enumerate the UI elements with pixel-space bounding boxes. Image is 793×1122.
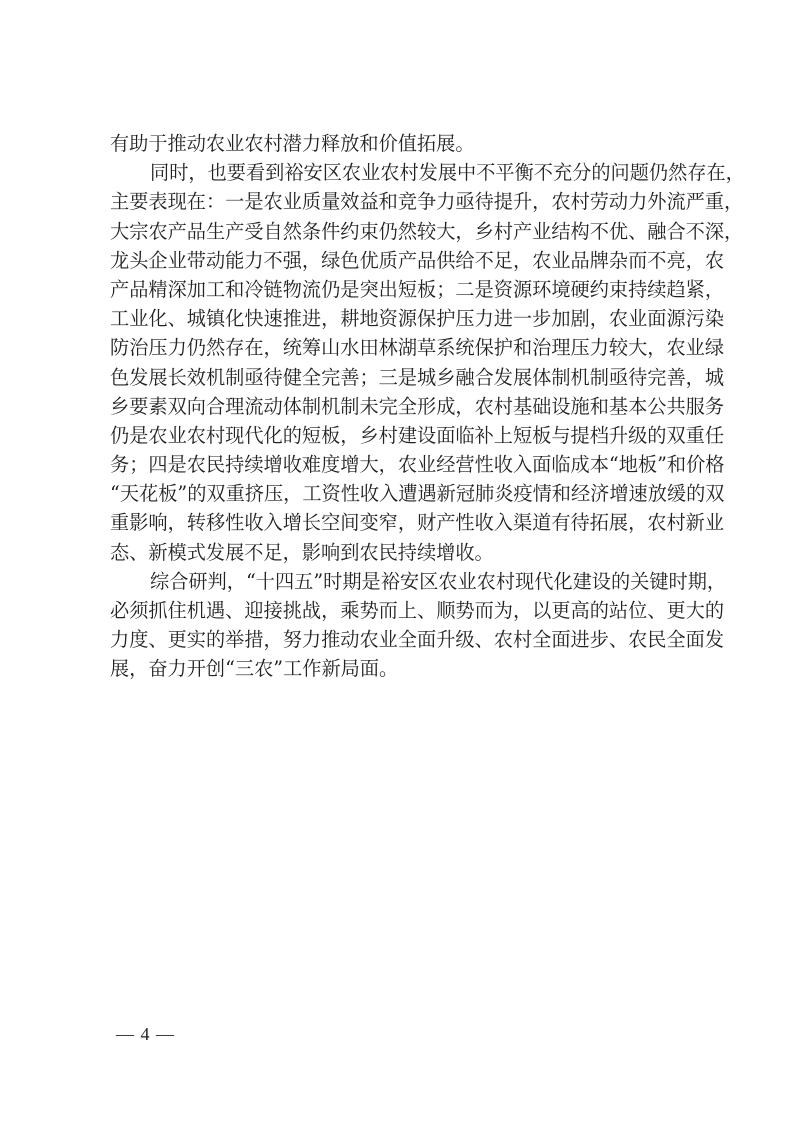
text-line: 大宗农产品生产受自然条件约束仍然较大，乡村产业结构不优、融合不深， bbox=[110, 217, 692, 246]
text-line: 展，奋力开创“三农”工作新局面。 bbox=[110, 654, 692, 683]
document-page: 有助于推动农业农村潜力释放和价值拓展。 同时，也要看到裕安区农业农村发展中不平衡… bbox=[0, 0, 793, 1122]
text-line: 乡要素双向合理流动体制机制未完全形成，农村基础设施和基本公共服务 bbox=[110, 392, 692, 421]
text-line: 色发展长效机制亟待健全完善；三是城乡融合发展体制机制亟待完善，城 bbox=[110, 363, 692, 392]
text-line: 主要表现在：一是农业质量效益和竞争力亟待提升，农村劳动力外流严重， bbox=[110, 187, 692, 216]
body-text: 有助于推动农业农村潜力释放和价值拓展。 同时，也要看到裕安区农业农村发展中不平衡… bbox=[110, 129, 692, 684]
text-line: 态、新模式发展不足，影响到农民持续增收。 bbox=[110, 538, 692, 567]
text-line: 产品精深加工和冷链物流仍是突出短板；二是资源环境硬约束持续趋紧， bbox=[110, 275, 692, 304]
text-line: 必须抓住机遇、迎接挑战，乘势而上、顺势而为，以更高的站位、更大的 bbox=[110, 596, 692, 625]
paragraph-first-line: 综合研判，“十四五”时期是裕安区农业农村现代化建设的关键时期， bbox=[110, 567, 692, 596]
text-line: 有助于推动农业农村潜力释放和价值拓展。 bbox=[110, 129, 692, 158]
text-line: 工业化、城镇化快速推进，耕地资源保护压力进一步加剧，农业面源污染 bbox=[110, 304, 692, 333]
text-line: 龙头企业带动能力不强，绿色优质产品供给不足，农业品牌杂而不亮，农 bbox=[110, 246, 692, 275]
text-line: 务；四是农民持续增收难度增大，农业经营性收入面临成本“地板”和价格 bbox=[110, 450, 692, 479]
text-line: “天花板”的双重挤压，工资性收入遭遇新冠肺炎疫情和经济增速放缓的双 bbox=[110, 479, 692, 508]
text-line: 力度、更实的举措，努力推动农业全面升级、农村全面进步、农民全面发 bbox=[110, 625, 692, 654]
text-line: 重影响，转移性收入增长空间变窄，财产性收入渠道有待拓展，农村新业 bbox=[110, 508, 692, 537]
paragraph-first-line: 同时，也要看到裕安区农业农村发展中不平衡不充分的问题仍然存在， bbox=[110, 158, 692, 187]
text-line: 仍是农业农村现代化的短板，乡村建设面临补上短板与提档升级的双重任 bbox=[110, 421, 692, 450]
text-line: 防治压力仍然存在，统筹山水田林湖草系统保护和治理压力较大，农业绿 bbox=[110, 333, 692, 362]
page-number: — 4 — bbox=[116, 1024, 175, 1045]
